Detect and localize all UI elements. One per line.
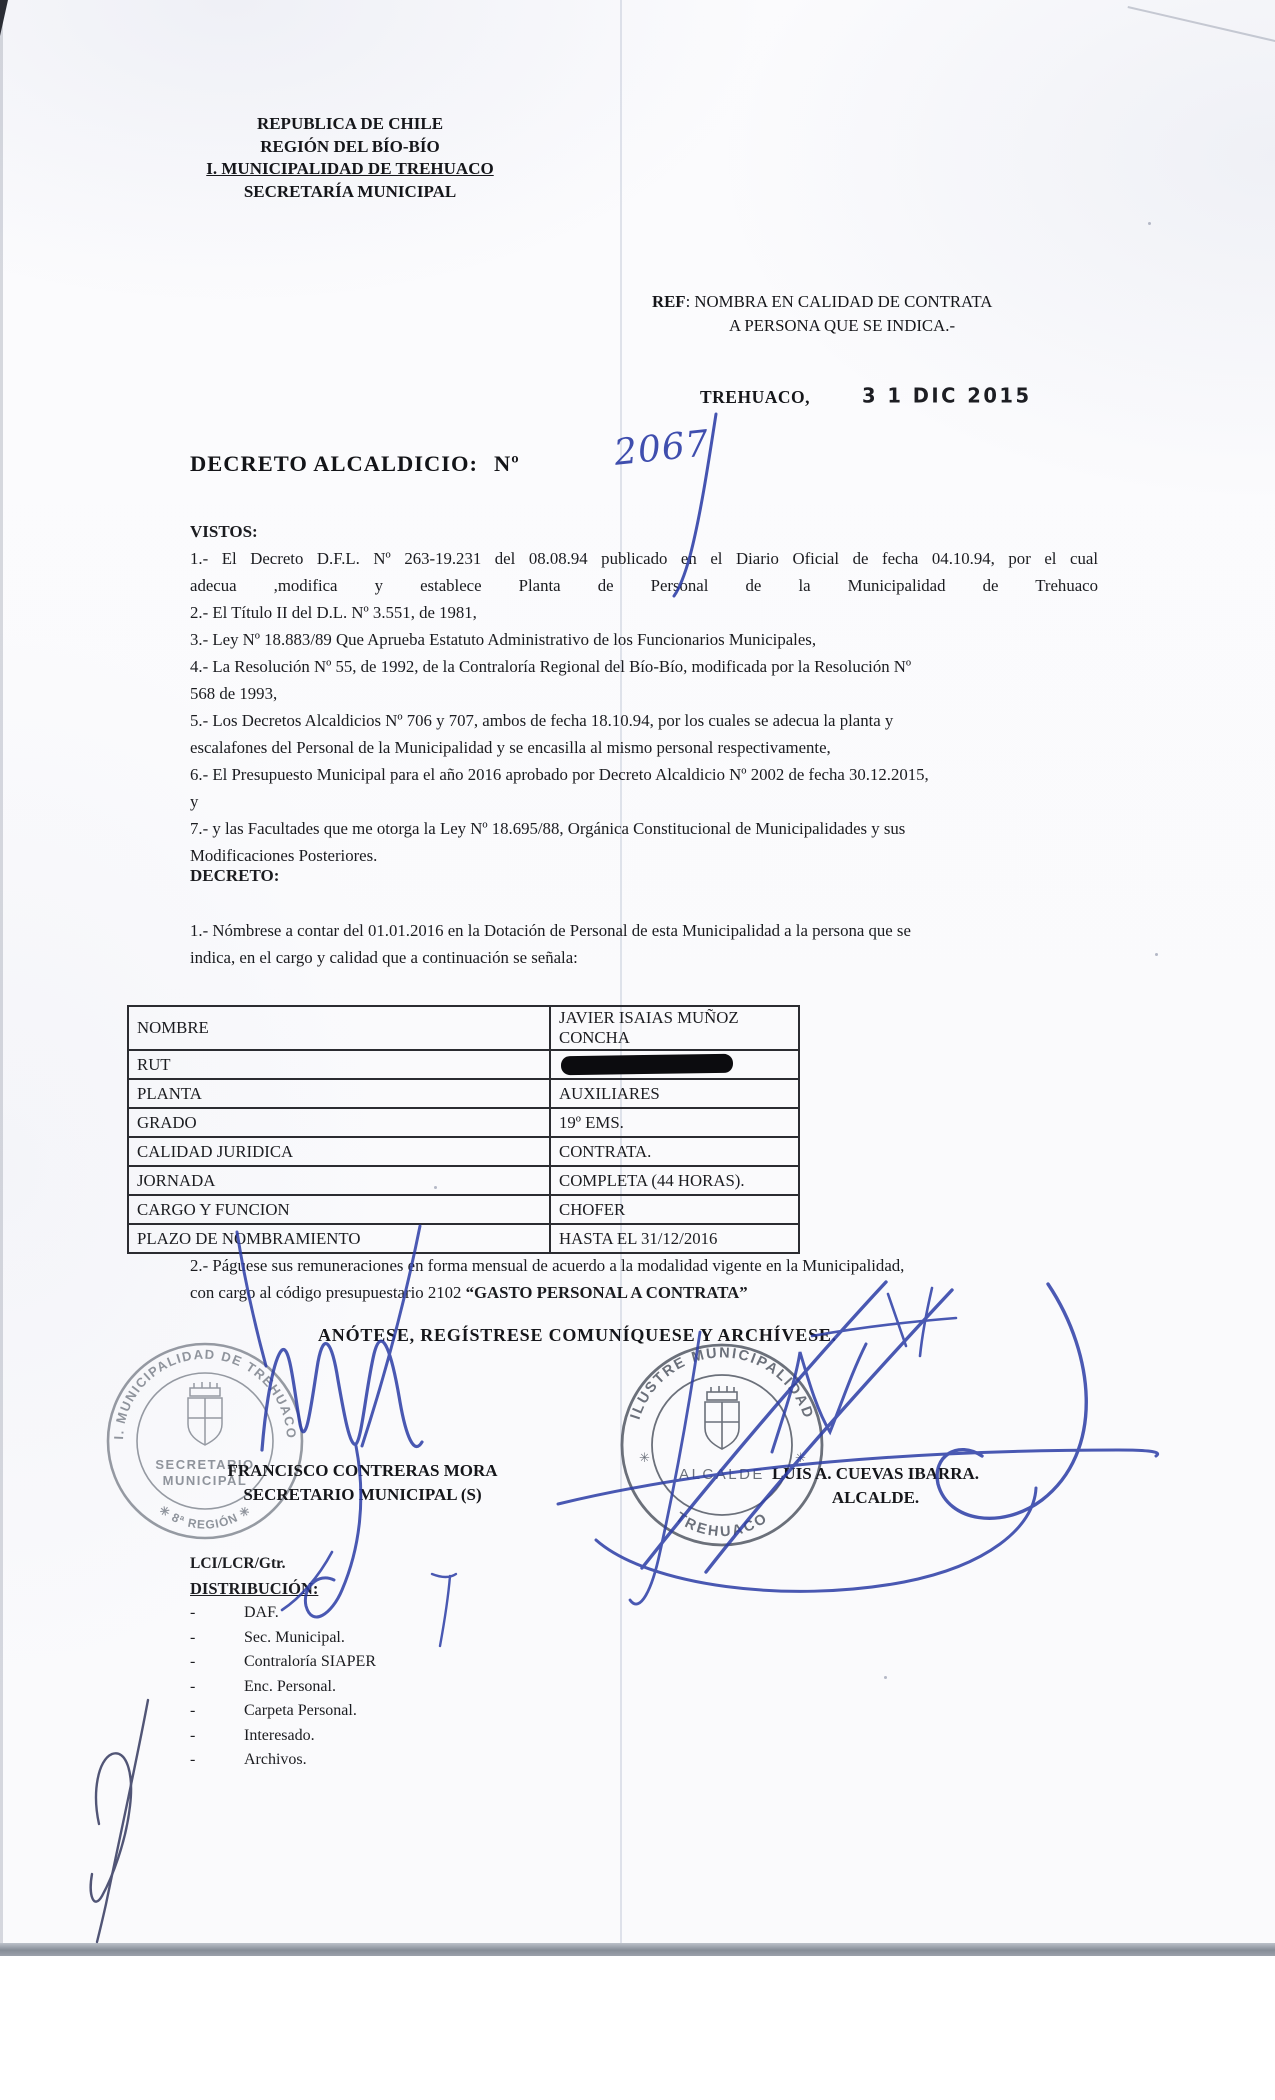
vistos-item-4: 4.- La Resolución Nº 55, de 1992, de la …: [190, 653, 1098, 707]
distribution-item: -Sec. Municipal.: [190, 1626, 376, 1651]
distribution-target: DAF.: [244, 1601, 279, 1626]
mayor-title: ALCALDE.: [688, 1486, 1063, 1510]
distribution-item: -Enc. Personal.: [190, 1675, 376, 1700]
distribution-target: Sec. Municipal.: [244, 1626, 345, 1651]
decreto-heading: DECRETO:: [190, 866, 279, 886]
distribution-item: -Carpeta Personal.: [190, 1699, 376, 1724]
mayor-name: LUIS A. CUEVAS IBARRA.: [688, 1462, 1063, 1486]
distribution-target: Enc. Personal.: [244, 1675, 336, 1700]
table-value: CHOFER: [550, 1195, 799, 1224]
table-row-cargo: CARGO Y FUNCION CHOFER: [128, 1195, 799, 1224]
table-value-redacted: [550, 1050, 799, 1079]
table-label: NOMBRE: [128, 1006, 550, 1050]
letterhead-office: SECRETARÍA MUNICIPAL: [188, 181, 512, 204]
table-label: PLANTA: [128, 1079, 550, 1108]
mayor-round-stamp: ILUSTRE MUNICIPALIDAD TREHUACO ALCALDE ✳…: [615, 1338, 830, 1553]
stamp-bottom-text: ✳ 8ª REGIÓN ✳: [156, 1503, 253, 1532]
vistos-heading: VISTOS:: [190, 518, 1098, 545]
table-row-plazo: PLAZO DE NOMBRAMIENTO HASTA EL 31/12/201…: [128, 1224, 799, 1253]
bullet-dash: -: [190, 1748, 206, 1773]
decree-number-label: Nº: [494, 451, 520, 476]
table-row-planta: PLANTA AUXILIARES: [128, 1079, 799, 1108]
table-row-rut: RUT: [128, 1050, 799, 1079]
fold-crease: [620, 0, 622, 1946]
letterhead-country: REPUBLICA DE CHILE: [188, 113, 512, 136]
letterhead: REPUBLICA DE CHILE REGIÓN DEL BÍO-BÍO I.…: [188, 113, 512, 203]
ref-line2: A PERSONA QUE SE INDICA.-: [652, 314, 1032, 338]
scan-speck: [884, 1676, 887, 1679]
vistos-item-5: 5.- Los Decretos Alcaldicios Nº 706 y 70…: [190, 707, 1098, 761]
letterhead-region: REGIÓN DEL BÍO-BÍO: [188, 136, 512, 159]
paragraph-2-budget-code: “GASTO PERSONAL A CONTRATA”: [466, 1283, 748, 1302]
secretary-name: FRANCISCO CONTRERAS MORA: [175, 1459, 550, 1483]
table-row-grado: GRADO 19º EMS.: [128, 1108, 799, 1137]
distribution-item: -DAF.: [190, 1601, 376, 1626]
bullet-dash: -: [190, 1699, 206, 1724]
decree-title-line: DECRETO ALCALDICIO:Nº: [190, 451, 520, 477]
secretary-signature-block: FRANCISCO CONTRERAS MORA SECRETARIO MUNI…: [175, 1459, 550, 1507]
secretary-round-stamp: I. MUNICIPALIDAD DE TREHUACO ✳ 8ª REGIÓN…: [100, 1336, 310, 1546]
secretary-title: SECRETARIO MUNICIPAL (S): [175, 1483, 550, 1507]
bullet-dash: -: [190, 1650, 206, 1675]
vistos-item-7: 7.- y las Facultades que me otorga la Le…: [190, 815, 1098, 869]
bullet-dash: -: [190, 1675, 206, 1700]
date-stamp: 3 1 DIC 2015: [862, 383, 1032, 407]
distribution-target: Interesado.: [244, 1724, 315, 1749]
table-label: PLAZO DE NOMBRAMIENTO: [128, 1224, 550, 1253]
ref-block: REF: NOMBRA EN CALIDAD DE CONTRATA A PER…: [652, 290, 1032, 337]
distribution-target: Archivos.: [244, 1748, 307, 1773]
svg-text:✳ 8ª REGIÓN ✳: ✳ 8ª REGIÓN ✳: [156, 1503, 253, 1532]
letterhead-municipality: I. MUNICIPALIDAD DE TREHUACO: [188, 158, 512, 181]
mayor-signature-block: LUIS A. CUEVAS IBARRA. ALCALDE.: [688, 1462, 1063, 1510]
ref-label: REF: [652, 292, 686, 311]
vistos-item-3: 3.- Ley Nº 18.883/89 Que Aprueba Estatut…: [190, 626, 1098, 653]
decreto-paragraph-1: 1.- Nómbrese a contar del 01.01.2016 en …: [190, 917, 1098, 971]
ref-line1: REF: NOMBRA EN CALIDAD DE CONTRATA: [652, 290, 1032, 314]
distribution-target: Contraloría SIAPER: [244, 1650, 376, 1675]
drafter-initials: LCI/LCR/Gtr.: [190, 1552, 376, 1577]
vistos-item-2: 2.- El Título II del D.L. Nº 3.551, de 1…: [190, 599, 1098, 626]
table-row-calidad: CALIDAD JURIDICA CONTRATA.: [128, 1137, 799, 1166]
stamp-shield-icon: [705, 1386, 739, 1449]
bullet-dash: -: [190, 1626, 206, 1651]
distribution-target: Carpeta Personal.: [244, 1699, 357, 1724]
footer-block: LCI/LCR/Gtr. DISTRIBUCIÓN: -DAF. -Sec. M…: [190, 1552, 376, 1773]
table-value: COMPLETA (44 HORAS).: [550, 1166, 799, 1195]
distribution-heading: DISTRIBUCIÓN:: [190, 1577, 376, 1602]
table-value: HASTA EL 31/12/2016: [550, 1224, 799, 1253]
redaction-bar: [561, 1054, 733, 1075]
table-value: AUXILIARES: [550, 1079, 799, 1108]
vistos-item-6: 6.- El Presupuesto Municipal para el año…: [190, 761, 1098, 815]
table-value: JAVIER ISAIAS MUÑOZ CONCHA: [550, 1006, 799, 1050]
distribution-item: -Interesado.: [190, 1724, 376, 1749]
table-row-jornada: JORNADA COMPLETA (44 HORAS).: [128, 1166, 799, 1195]
appointment-table: NOMBRE JAVIER ISAIAS MUÑOZ CONCHA RUT PL…: [127, 1005, 800, 1254]
place-name: TREHUACO,: [700, 387, 810, 408]
stamp-asterisk-left: ✳: [639, 1450, 650, 1465]
page-left-edge: [0, 0, 3, 1946]
scanned-decree-page: REPUBLICA DE CHILE REGIÓN DEL BÍO-BÍO I.…: [0, 0, 1275, 2100]
table-value: 19º EMS.: [550, 1108, 799, 1137]
stamp-shield-icon: [188, 1382, 222, 1445]
distribution-item: -Contraloría SIAPER: [190, 1650, 376, 1675]
table-value: CONTRATA.: [550, 1137, 799, 1166]
distribution-item: -Archivos.: [190, 1748, 376, 1773]
scan-speck: [1148, 222, 1151, 225]
table-label: CARGO Y FUNCION: [128, 1195, 550, 1224]
ref-subject: : NOMBRA EN CALIDAD DE CONTRATA: [686, 292, 993, 311]
bullet-dash: -: [190, 1601, 206, 1626]
table-label: JORNADA: [128, 1166, 550, 1195]
table-label: GRADO: [128, 1108, 550, 1137]
vistos-section: VISTOS: 1.- El Decreto D.F.L. Nº 263-19.…: [190, 518, 1098, 869]
page-bottom-shadow: [0, 1943, 1275, 1956]
table-label: CALIDAD JURIDICA: [128, 1137, 550, 1166]
decreto-paragraph-2: 2.- Páguese sus remuneraciones en forma …: [190, 1252, 1098, 1306]
table-label: RUT: [128, 1050, 550, 1079]
vistos-item-1-line2: adecua ,modifica y establece Planta de P…: [190, 572, 1098, 599]
decree-title: DECRETO ALCALDICIO:: [190, 451, 478, 476]
scan-speck: [1155, 953, 1158, 956]
vistos-item-1: 1.- El Decreto D.F.L. Nº 263-19.231 del …: [190, 545, 1098, 599]
bullet-dash: -: [190, 1724, 206, 1749]
vistos-item-1-line1: 1.- El Decreto D.F.L. Nº 263-19.231 del …: [190, 545, 1098, 572]
table-row-nombre: NOMBRE JAVIER ISAIAS MUÑOZ CONCHA: [128, 1006, 799, 1050]
